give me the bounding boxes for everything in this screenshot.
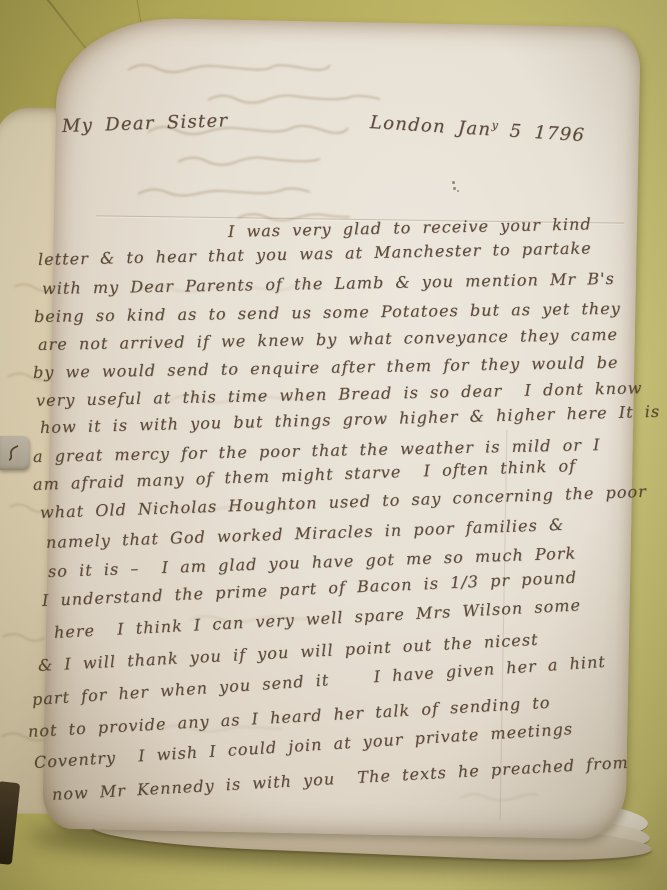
page-tab — [0, 436, 30, 470]
tab-ink-mark — [8, 444, 22, 462]
ink-blot-mark — [452, 181, 460, 193]
letter-photograph: My Dear Sister London Jany 5 1796 I was … — [0, 0, 667, 890]
binding-edge — [0, 781, 20, 865]
